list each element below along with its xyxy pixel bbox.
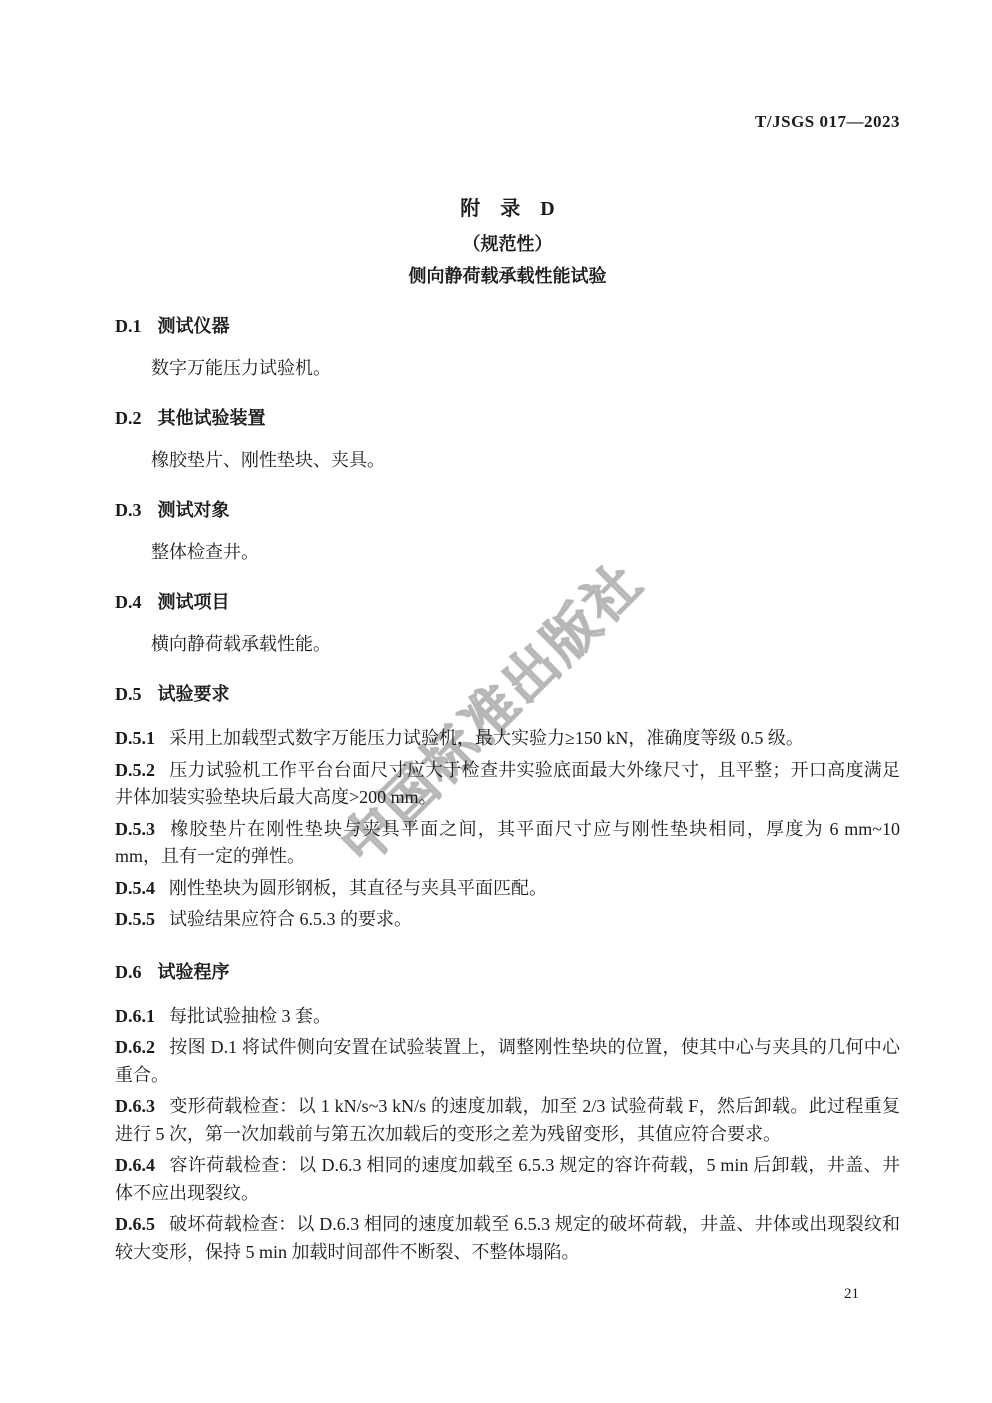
- clause-d5-3: D.5.3橡胶垫片在刚性垫块与夹具平面之间，其平面尺寸应与刚性垫块相同，厚度为 …: [115, 816, 900, 871]
- clause-d6-4-text: 容许荷载检查：以 D.6.3 相同的速度加载至 6.5.3 规定的容许荷载，5 …: [115, 1155, 900, 1203]
- appendix-normative-label: （规范性）: [115, 230, 900, 256]
- clause-d6-4: D.6.4容许荷载检查：以 D.6.3 相同的速度加载至 6.5.3 规定的容许…: [115, 1152, 900, 1207]
- section-d4-number: D.4: [115, 592, 142, 612]
- section-d4-heading: D.4测试项目: [115, 591, 900, 614]
- appendix-title-block: 附 录 D （规范性） 侧向静荷载承载性能试验: [115, 192, 900, 288]
- clause-d6-2-number: D.6.2: [115, 1037, 155, 1057]
- clause-d6-2: D.6.2按图 D.1 将试件侧向安置在试验装置上，调整刚性垫块的位置，使其中心…: [115, 1034, 900, 1089]
- clause-d5-2: D.5.2压力试验机工作平台台面尺寸应大于检查井实验底面最大外缘尺寸，且平整；开…: [115, 757, 900, 812]
- clause-d5-1-number: D.5.1: [115, 728, 155, 748]
- page-content: T/JSGS 017—2023 附 录 D （规范性） 侧向静荷载承载性能试验 …: [0, 0, 992, 1266]
- clause-d6-5: D.6.5破坏荷载检查：以 D.6.3 相同的速度加载至 6.5.3 规定的破坏…: [115, 1211, 900, 1266]
- clause-d5-4-number: D.5.4: [115, 878, 155, 898]
- section-d2-number: D.2: [115, 408, 142, 428]
- section-d3-body: 整体检查井。: [115, 541, 900, 564]
- appendix-subject-title: 侧向静荷载承载性能试验: [115, 262, 900, 288]
- clause-d6-3-text: 变形荷载检查：以 1 kN/s~3 kN/s 的速度加载，加至 2/3 试验荷载…: [115, 1096, 900, 1144]
- clause-d5-1: D.5.1采用上加载型式数字万能压力试验机，最大实验力≥150 kN，准确度等级…: [115, 725, 900, 753]
- section-d3-title: 测试对象: [158, 500, 230, 520]
- clause-d6-2-text: 按图 D.1 将试件侧向安置在试验装置上，调整刚性垫块的位置，使其中心与夹具的几…: [115, 1037, 900, 1085]
- clause-d6-1-number: D.6.1: [115, 1006, 155, 1026]
- clause-d5-2-number: D.5.2: [115, 760, 155, 780]
- section-d5-title: 试验要求: [158, 684, 230, 704]
- clause-d5-4: D.5.4刚性垫块为圆形钢板，其直径与夹具平面匹配。: [115, 875, 900, 903]
- clause-d6-4-number: D.6.4: [115, 1155, 155, 1175]
- section-d1-body: 数字万能压力试验机。: [115, 357, 900, 380]
- section-d6-title: 试验程序: [158, 962, 230, 982]
- clause-d5-5-number: D.5.5: [115, 909, 155, 929]
- section-d4-body: 横向静荷载承载性能。: [115, 633, 900, 656]
- section-d2-body: 橡胶垫片、刚性垫块、夹具。: [115, 449, 900, 472]
- clause-d5-5: D.5.5试验结果应符合 6.5.3 的要求。: [115, 906, 900, 934]
- appendix-title: 附 录 D: [115, 192, 900, 221]
- document-page: 中国标准出版社 T/JSGS 017—2023 附 录 D （规范性） 侧向静荷…: [0, 0, 992, 1403]
- section-d5-heading: D.5试验要求: [115, 683, 900, 706]
- section-d3-number: D.3: [115, 500, 142, 520]
- section-d1-title: 测试仪器: [158, 316, 230, 336]
- clause-d5-1-text: 采用上加载型式数字万能压力试验机，最大实验力≥150 kN，准确度等级 0.5 …: [169, 728, 804, 748]
- section-d3-heading: D.3测试对象: [115, 499, 900, 522]
- clause-d5-4-text: 刚性垫块为圆形钢板，其直径与夹具平面匹配。: [169, 878, 547, 898]
- clause-d6-1: D.6.1每批试验抽检 3 套。: [115, 1003, 900, 1031]
- clause-d6-3: D.6.3变形荷载检查：以 1 kN/s~3 kN/s 的速度加载，加至 2/3…: [115, 1093, 900, 1148]
- clause-d5-3-text: 橡胶垫片在刚性垫块与夹具平面之间，其平面尺寸应与刚性垫块相同，厚度为 6 mm~…: [115, 819, 900, 867]
- section-d5-number: D.5: [115, 684, 142, 704]
- clause-d6-1-text: 每批试验抽检 3 套。: [169, 1006, 331, 1026]
- section-d2-title: 其他试验装置: [158, 408, 266, 428]
- clause-d5-2-text: 压力试验机工作平台台面尺寸应大于检查井实验底面最大外缘尺寸，且平整；开口高度满足…: [115, 760, 900, 808]
- section-d6-heading: D.6试验程序: [115, 961, 900, 984]
- clause-d6-3-number: D.6.3: [115, 1096, 155, 1116]
- clause-d5-5-text: 试验结果应符合 6.5.3 的要求。: [169, 909, 412, 929]
- document-header: T/JSGS 017—2023: [115, 112, 900, 132]
- page-number: 21: [844, 1286, 859, 1303]
- standard-number: T/JSGS 017—2023: [755, 112, 900, 131]
- clause-d6-5-number: D.6.5: [115, 1214, 155, 1234]
- section-d2-heading: D.2其他试验装置: [115, 407, 900, 430]
- section-d4-title: 测试项目: [158, 592, 230, 612]
- section-d1-number: D.1: [115, 316, 142, 336]
- section-d6-number: D.6: [115, 962, 142, 982]
- section-d1-heading: D.1测试仪器: [115, 315, 900, 338]
- clause-d5-3-number: D.5.3: [115, 819, 155, 839]
- clause-d6-5-text: 破坏荷载检查：以 D.6.3 相同的速度加载至 6.5.3 规定的破坏荷载，井盖…: [115, 1214, 900, 1262]
